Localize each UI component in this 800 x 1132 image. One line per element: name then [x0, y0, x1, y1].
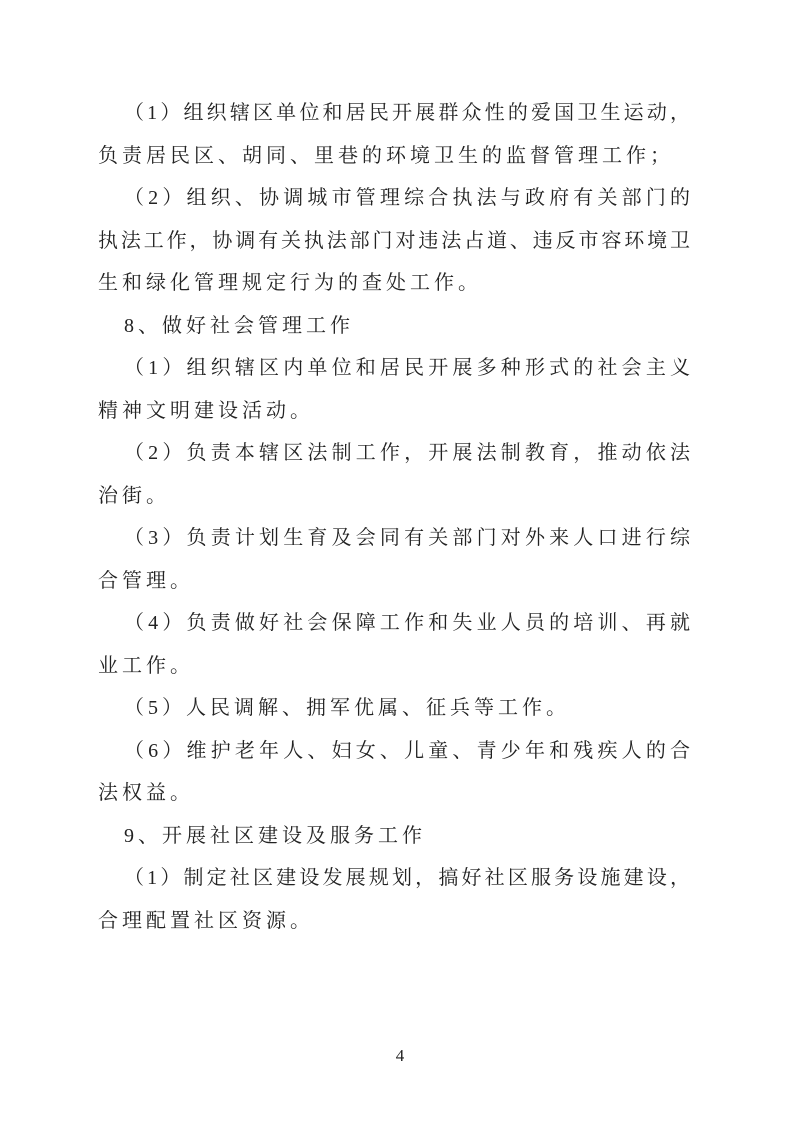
text-line: （1）组织辖区内单位和居民开展多种形式的社会主义 [98, 347, 690, 390]
text-line: 负责居民区、胡同、里巷的环境卫生的监督管理工作； [98, 135, 690, 178]
text-line: （1）组织辖区单位和居民开展群众性的爱国卫生运动， [98, 92, 690, 135]
document-body: （1）组织辖区单位和居民开展群众性的爱国卫生运动，负责居民区、胡同、里巷的环境卫… [98, 92, 690, 942]
text-line: （2）组织、协调城市管理综合执法与政府有关部门的 [98, 177, 690, 220]
page-number: 4 [396, 1046, 405, 1066]
page-footer: 4 [0, 1046, 800, 1066]
text-line: （5）人民调解、拥军优属、征兵等工作。 [98, 687, 690, 730]
text-line: 业工作。 [98, 645, 690, 688]
text-line: 生和绿化管理规定行为的查处工作。 [98, 262, 690, 305]
text-line: 执法工作，协调有关执法部门对违法占道、违反市容环境卫 [98, 220, 690, 263]
text-line: （3）负责计划生育及会同有关部门对外来人口进行综 [98, 517, 690, 560]
text-line: （1）制定社区建设发展规划，搞好社区服务设施建设， [98, 857, 690, 900]
text-line: 8、做好社会管理工作 [98, 305, 690, 348]
document-page: （1）组织辖区单位和居民开展群众性的爱国卫生运动，负责居民区、胡同、里巷的环境卫… [0, 0, 800, 1132]
text-line: 合理配置社区资源。 [98, 900, 690, 943]
text-line: 精神文明建设活动。 [98, 390, 690, 433]
text-line: 9、开展社区建设及服务工作 [98, 815, 690, 858]
text-line: （6）维护老年人、妇女、儿童、青少年和残疾人的合 [98, 730, 690, 773]
text-line: 合管理。 [98, 560, 690, 603]
text-line: （2）负责本辖区法制工作，开展法制教育，推动依法 [98, 432, 690, 475]
text-line: 法权益。 [98, 772, 690, 815]
text-line: 治街。 [98, 475, 690, 518]
text-line: （4）负责做好社会保障工作和失业人员的培训、再就 [98, 602, 690, 645]
